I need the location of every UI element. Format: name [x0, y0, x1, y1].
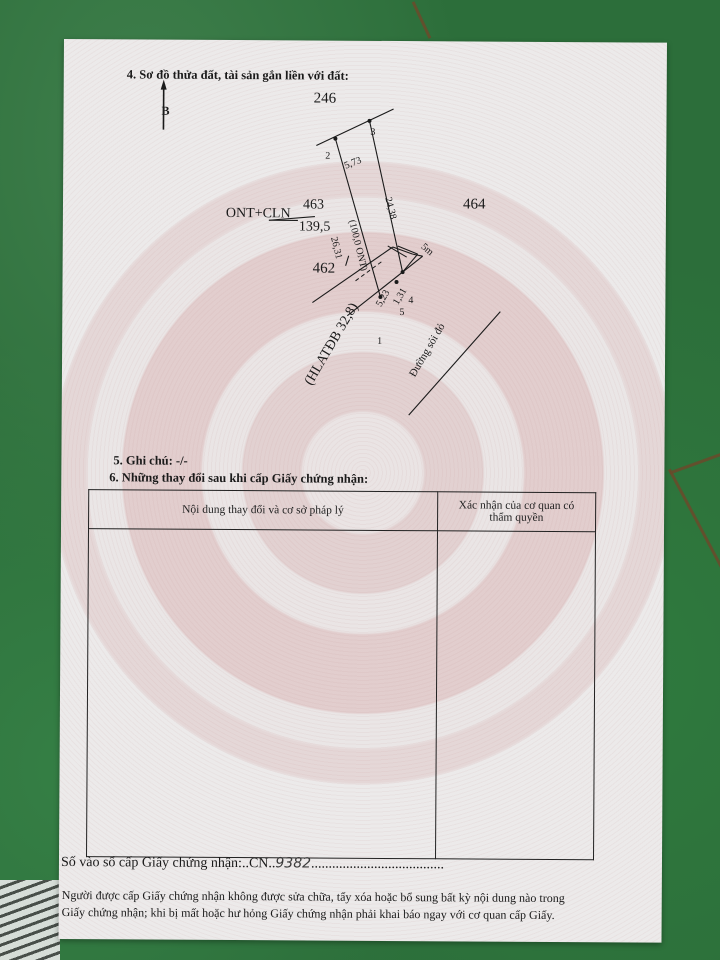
- registry-prefix: CN: [249, 856, 269, 871]
- column-header-authority-confirmation: Xác nhận của cơ quan có thẩm quyền: [437, 492, 596, 532]
- floor-tile-grout: [668, 469, 720, 603]
- cloth-corner: [0, 880, 60, 960]
- change-content-cell: [87, 529, 438, 859]
- neighbor-parcel-east: 464: [463, 196, 486, 213]
- registry-number-line: Số vào sổ cấp Giấy chứng nhận:..CN..9382…: [61, 854, 444, 873]
- point-3: 3: [370, 127, 375, 138]
- subject-parcel-area: 139,5: [299, 219, 331, 235]
- notice-line-2: Giấy chứng nhận; khi bị mất hoặc hư hỏng…: [62, 904, 555, 924]
- subject-land-type: ONT+CLN: [226, 206, 291, 222]
- floor-tile-grout: [669, 453, 720, 475]
- floor-tile-grout: [412, 1, 432, 39]
- north-label: B: [162, 104, 170, 119]
- certificate-page: 4. Sơ đồ thửa đất, tài sản gắn liền với …: [59, 39, 667, 943]
- authority-confirmation-cell: [435, 531, 595, 860]
- subject-parcel-number: 463: [303, 197, 324, 213]
- column-header-change-content: Nội dung thay đổi và cơ sở pháp lý: [89, 490, 438, 531]
- section-6-heading: 6. Những thay đổi sau khi cấp Giấy chứng…: [109, 470, 368, 487]
- point-2: 2: [325, 151, 330, 162]
- point-1: 1: [377, 336, 382, 347]
- point-5: 5: [399, 307, 404, 318]
- changes-table: Nội dung thay đổi và cơ sở pháp lý Xác n…: [86, 489, 596, 860]
- section-5-notes: 5. Ghi chú: -/-: [113, 453, 187, 468]
- neighbor-parcel-southwest: 462: [313, 261, 336, 278]
- neighbor-parcel-north: 246: [314, 91, 337, 108]
- point-4: 4: [408, 295, 413, 306]
- registry-label: Số vào sổ cấp Giấy chứng nhận:: [61, 855, 242, 871]
- registry-handwritten-number: 9382: [275, 855, 311, 871]
